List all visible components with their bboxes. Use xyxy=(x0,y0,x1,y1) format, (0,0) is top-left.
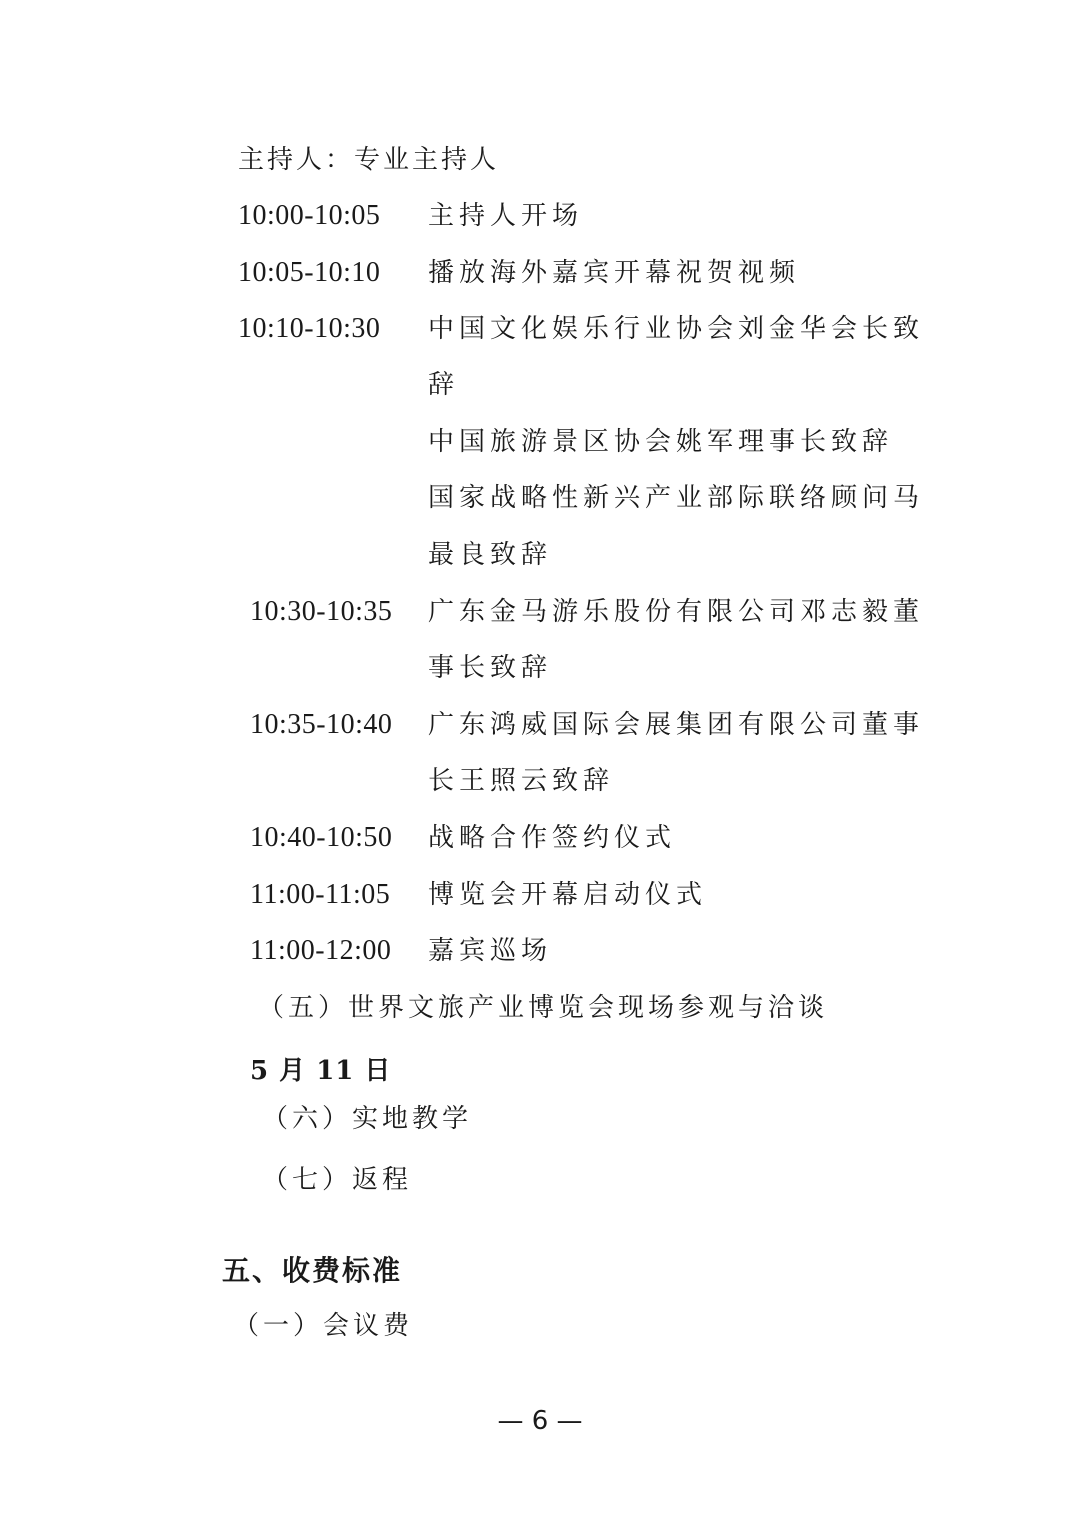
schedule-desc: 中国旅游景区协会姚军理事长致辞 xyxy=(428,426,893,458)
schedule-desc: 事长致辞 xyxy=(428,652,552,684)
schedule-time: 11:00-11:05 xyxy=(250,879,390,911)
schedule-desc: 博览会开幕启动仪式 xyxy=(428,879,707,911)
schedule-time: 11:00-12:00 xyxy=(250,935,391,967)
subsection-heading: （一）会议费 xyxy=(233,1310,413,1342)
schedule-time: 10:35-10:40 xyxy=(250,709,392,741)
schedule-desc: 中国文化娱乐行业协会刘金华会长致 xyxy=(428,313,924,345)
host-line: 主持人：专业主持人 xyxy=(238,144,499,176)
schedule-desc: 国家战略性新兴产业部际联络顾问马 xyxy=(428,482,924,514)
section-item-6: （六）实地教学 xyxy=(262,1103,472,1135)
schedule-time: 10:10-10:30 xyxy=(238,313,380,345)
section-item-5: （五）世界文旅产业博览会现场参观与洽谈 xyxy=(258,992,828,1024)
schedule-time: 10:40-10:50 xyxy=(250,822,392,854)
schedule-desc: 嘉宾巡场 xyxy=(428,935,552,967)
page-number: — 6 — xyxy=(0,1405,1080,1437)
schedule-desc: 广东鸿威国际会展集团有限公司董事 xyxy=(428,709,924,741)
schedule-desc: 广东金马游乐股份有限公司邓志毅董 xyxy=(428,596,924,628)
schedule-desc: 最良致辞 xyxy=(428,539,552,571)
date-heading: 5 月 11 日 xyxy=(250,1055,391,1087)
schedule-desc: 主持人开场 xyxy=(428,200,583,232)
schedule-time: 10:00-10:05 xyxy=(238,200,380,232)
chapter-heading: 五、收费标准 xyxy=(222,1255,402,1287)
section-item-7: （七）返程 xyxy=(262,1164,412,1196)
schedule-time: 10:05-10:10 xyxy=(238,257,380,289)
schedule-desc: 辞 xyxy=(428,369,459,401)
schedule-time: 10:30-10:35 xyxy=(250,596,392,628)
schedule-desc: 播放海外嘉宾开幕祝贺视频 xyxy=(428,257,800,289)
schedule-desc: 长王照云致辞 xyxy=(428,765,614,797)
schedule-desc: 战略合作签约仪式 xyxy=(428,822,676,854)
